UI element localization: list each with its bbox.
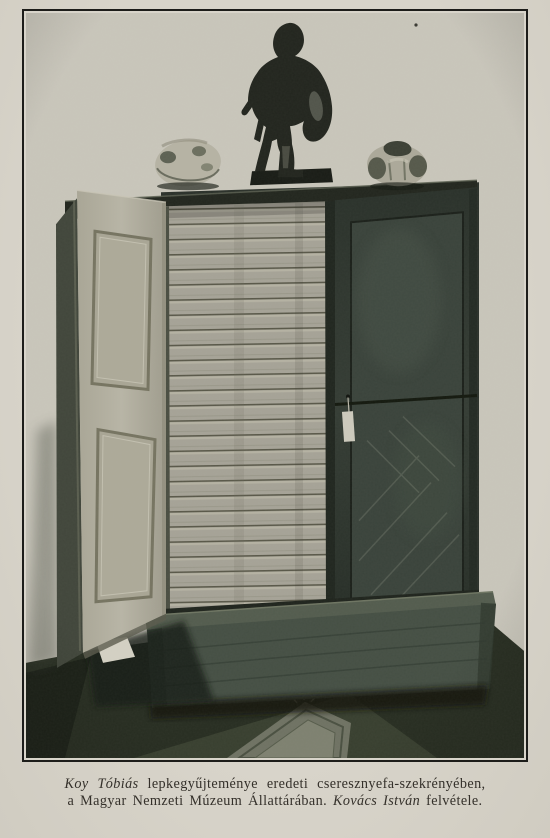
halftone-grain-overlay xyxy=(26,13,524,758)
photograph-cabinet xyxy=(26,13,524,758)
photo-caption: Koy Tóbiás lepkegyűjteménye eredeti cser… xyxy=(0,776,550,810)
caption-photographer-name: Kovács István xyxy=(333,793,420,809)
caption-line2-end: felvétele. xyxy=(426,793,482,809)
caption-line1-text: lepkegyűjteménye eredeti cseresznyefa-sz… xyxy=(147,776,485,792)
caption-collector-name: Koy Tóbiás xyxy=(64,776,138,792)
photo-frame xyxy=(22,9,528,762)
caption-line-2: a Magyar Nemzeti Múzeum Állattárában. Ko… xyxy=(0,793,550,810)
caption-line2-text: a Magyar Nemzeti Múzeum Állattárában. xyxy=(67,793,327,809)
caption-line-1: Koy Tóbiás lepkegyűjteménye eredeti cser… xyxy=(0,776,550,793)
